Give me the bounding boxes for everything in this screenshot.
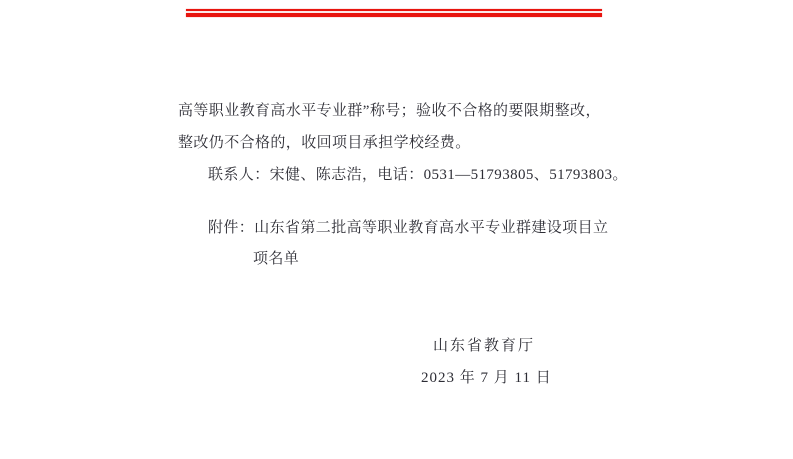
red-double-rule — [186, 9, 602, 17]
body-text-line-1: 高等职业教育高水平专业群”称号；验收不合格的要限期整改， — [178, 103, 601, 120]
issuer-signature: 山东省教育厅 — [433, 338, 535, 355]
body-text-line-2: 整改仍不合格的，收回项目承担学校经费。 — [178, 135, 471, 152]
issue-date: 2023 年 7 月 11 日 — [421, 370, 552, 387]
red-rule-thick-line — [186, 13, 602, 17]
attachment-line-1: 附件：山东省第二批高等职业教育高水平专业群建设项目立 — [208, 220, 608, 237]
contact-line: 联系人：宋健、陈志浩，电话：0531—51793805、51793803。 — [208, 167, 628, 184]
attachment-line-2: 项名单 — [253, 251, 299, 268]
official-document-page: 高等职业教育高水平专业群”称号；验收不合格的要限期整改， 整改仍不合格的，收回项… — [0, 0, 793, 459]
